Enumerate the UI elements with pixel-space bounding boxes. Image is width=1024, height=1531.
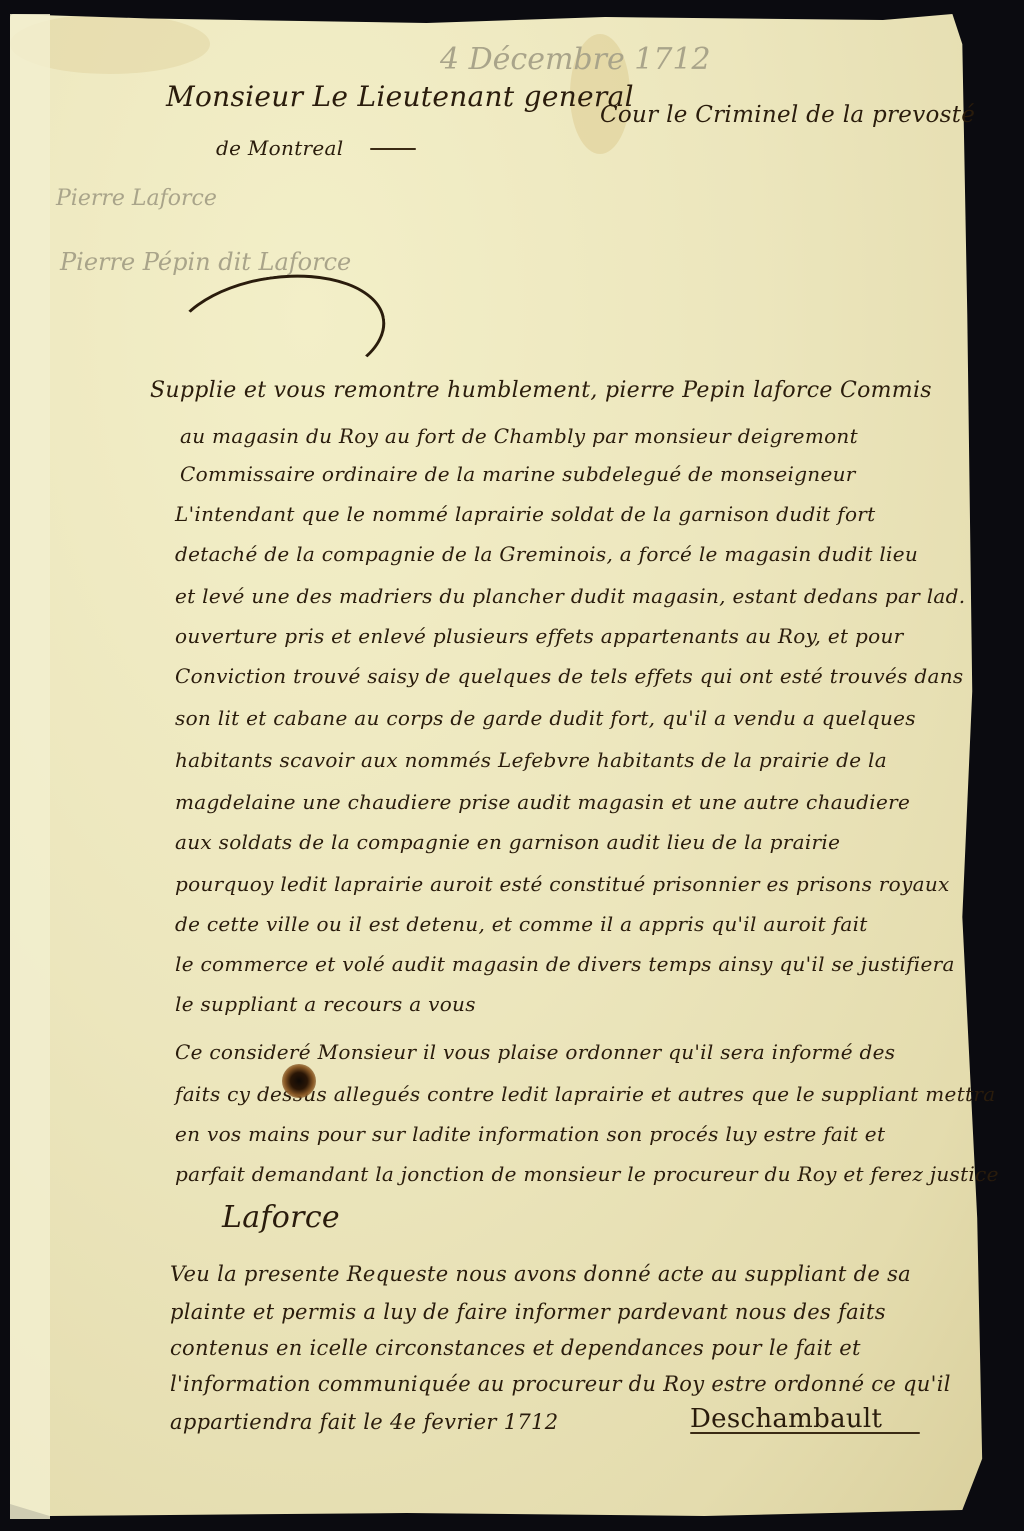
ordinance-line: Veu la presente Requeste nous avons donn… bbox=[170, 1262, 911, 1286]
petition-line: ouverture pris et enlevé plusieurs effet… bbox=[175, 624, 903, 648]
pencil-margin-note-1: Pierre Laforce bbox=[56, 186, 217, 211]
petition-line: habitants scavoir aux nommés Lefebvre ha… bbox=[175, 748, 887, 772]
petitioner-signature: Laforce bbox=[222, 1200, 340, 1235]
petition-line: Supplie et vous remontre humblement, pie… bbox=[150, 378, 932, 403]
petition-line: au magasin du Roy au fort de Chambly par… bbox=[180, 424, 858, 448]
petition-line: magdelaine une chaudiere prise audit mag… bbox=[175, 790, 910, 814]
address-line-2: de Montreal bbox=[216, 136, 343, 160]
petition-line: le commerce et volé audit magasin de div… bbox=[175, 952, 955, 976]
conclusion-line: en vos mains pour sur ladite information… bbox=[175, 1122, 885, 1146]
petition-line: le suppliant a recours a vous bbox=[175, 992, 476, 1016]
ordinance-line: contenus en icelle circonstances et depe… bbox=[170, 1336, 861, 1360]
petition-line: L'intendant que le nommé laprairie solda… bbox=[175, 502, 876, 526]
burn-hole bbox=[282, 1064, 316, 1098]
petition-line: pourquoy ledit laprairie auroit esté con… bbox=[175, 872, 950, 896]
underline-flourish bbox=[370, 148, 416, 150]
petition-line: Conviction trouvé saisy de quelques de t… bbox=[175, 664, 963, 688]
pencil-margin-note-2: Pierre Pépin dit Laforce bbox=[60, 248, 351, 276]
petition-line: de cette ville ou il est detenu, et comm… bbox=[175, 912, 868, 936]
petition-line: et levé une des madriers du plancher dud… bbox=[175, 584, 965, 608]
petition-line: aux soldats de la compagnie en garnison … bbox=[175, 830, 840, 854]
ordinance-line: plainte et permis a luy de faire informe… bbox=[170, 1300, 886, 1324]
ordinance-line: l'information communiquée au procureur d… bbox=[170, 1372, 951, 1396]
scan-margin-strip bbox=[10, 14, 50, 1519]
petition-line: Commissaire ordinaire de la marine subde… bbox=[180, 462, 856, 486]
pencil-date: 4 Décembre 1712 bbox=[440, 42, 711, 77]
signature-underline bbox=[690, 1432, 920, 1434]
conclusion-line: Ce consideré Monsieur il vous plaise ord… bbox=[175, 1040, 895, 1064]
petition-line: son lit et cabane au corps de garde dudi… bbox=[175, 706, 916, 730]
court-subject: Cour le Criminel de la prevosté bbox=[600, 102, 975, 128]
conclusion-line: parfait demandant la jonction de monsieu… bbox=[175, 1162, 999, 1186]
ordinance-line: appartiendra fait le 4e fevrier 1712 bbox=[170, 1410, 558, 1434]
address-line-1: Monsieur Le Lieutenant general bbox=[166, 80, 634, 113]
judge-signature: Deschambault bbox=[690, 1404, 882, 1434]
petition-line: detaché de la compagnie de la Greminois,… bbox=[175, 542, 918, 566]
